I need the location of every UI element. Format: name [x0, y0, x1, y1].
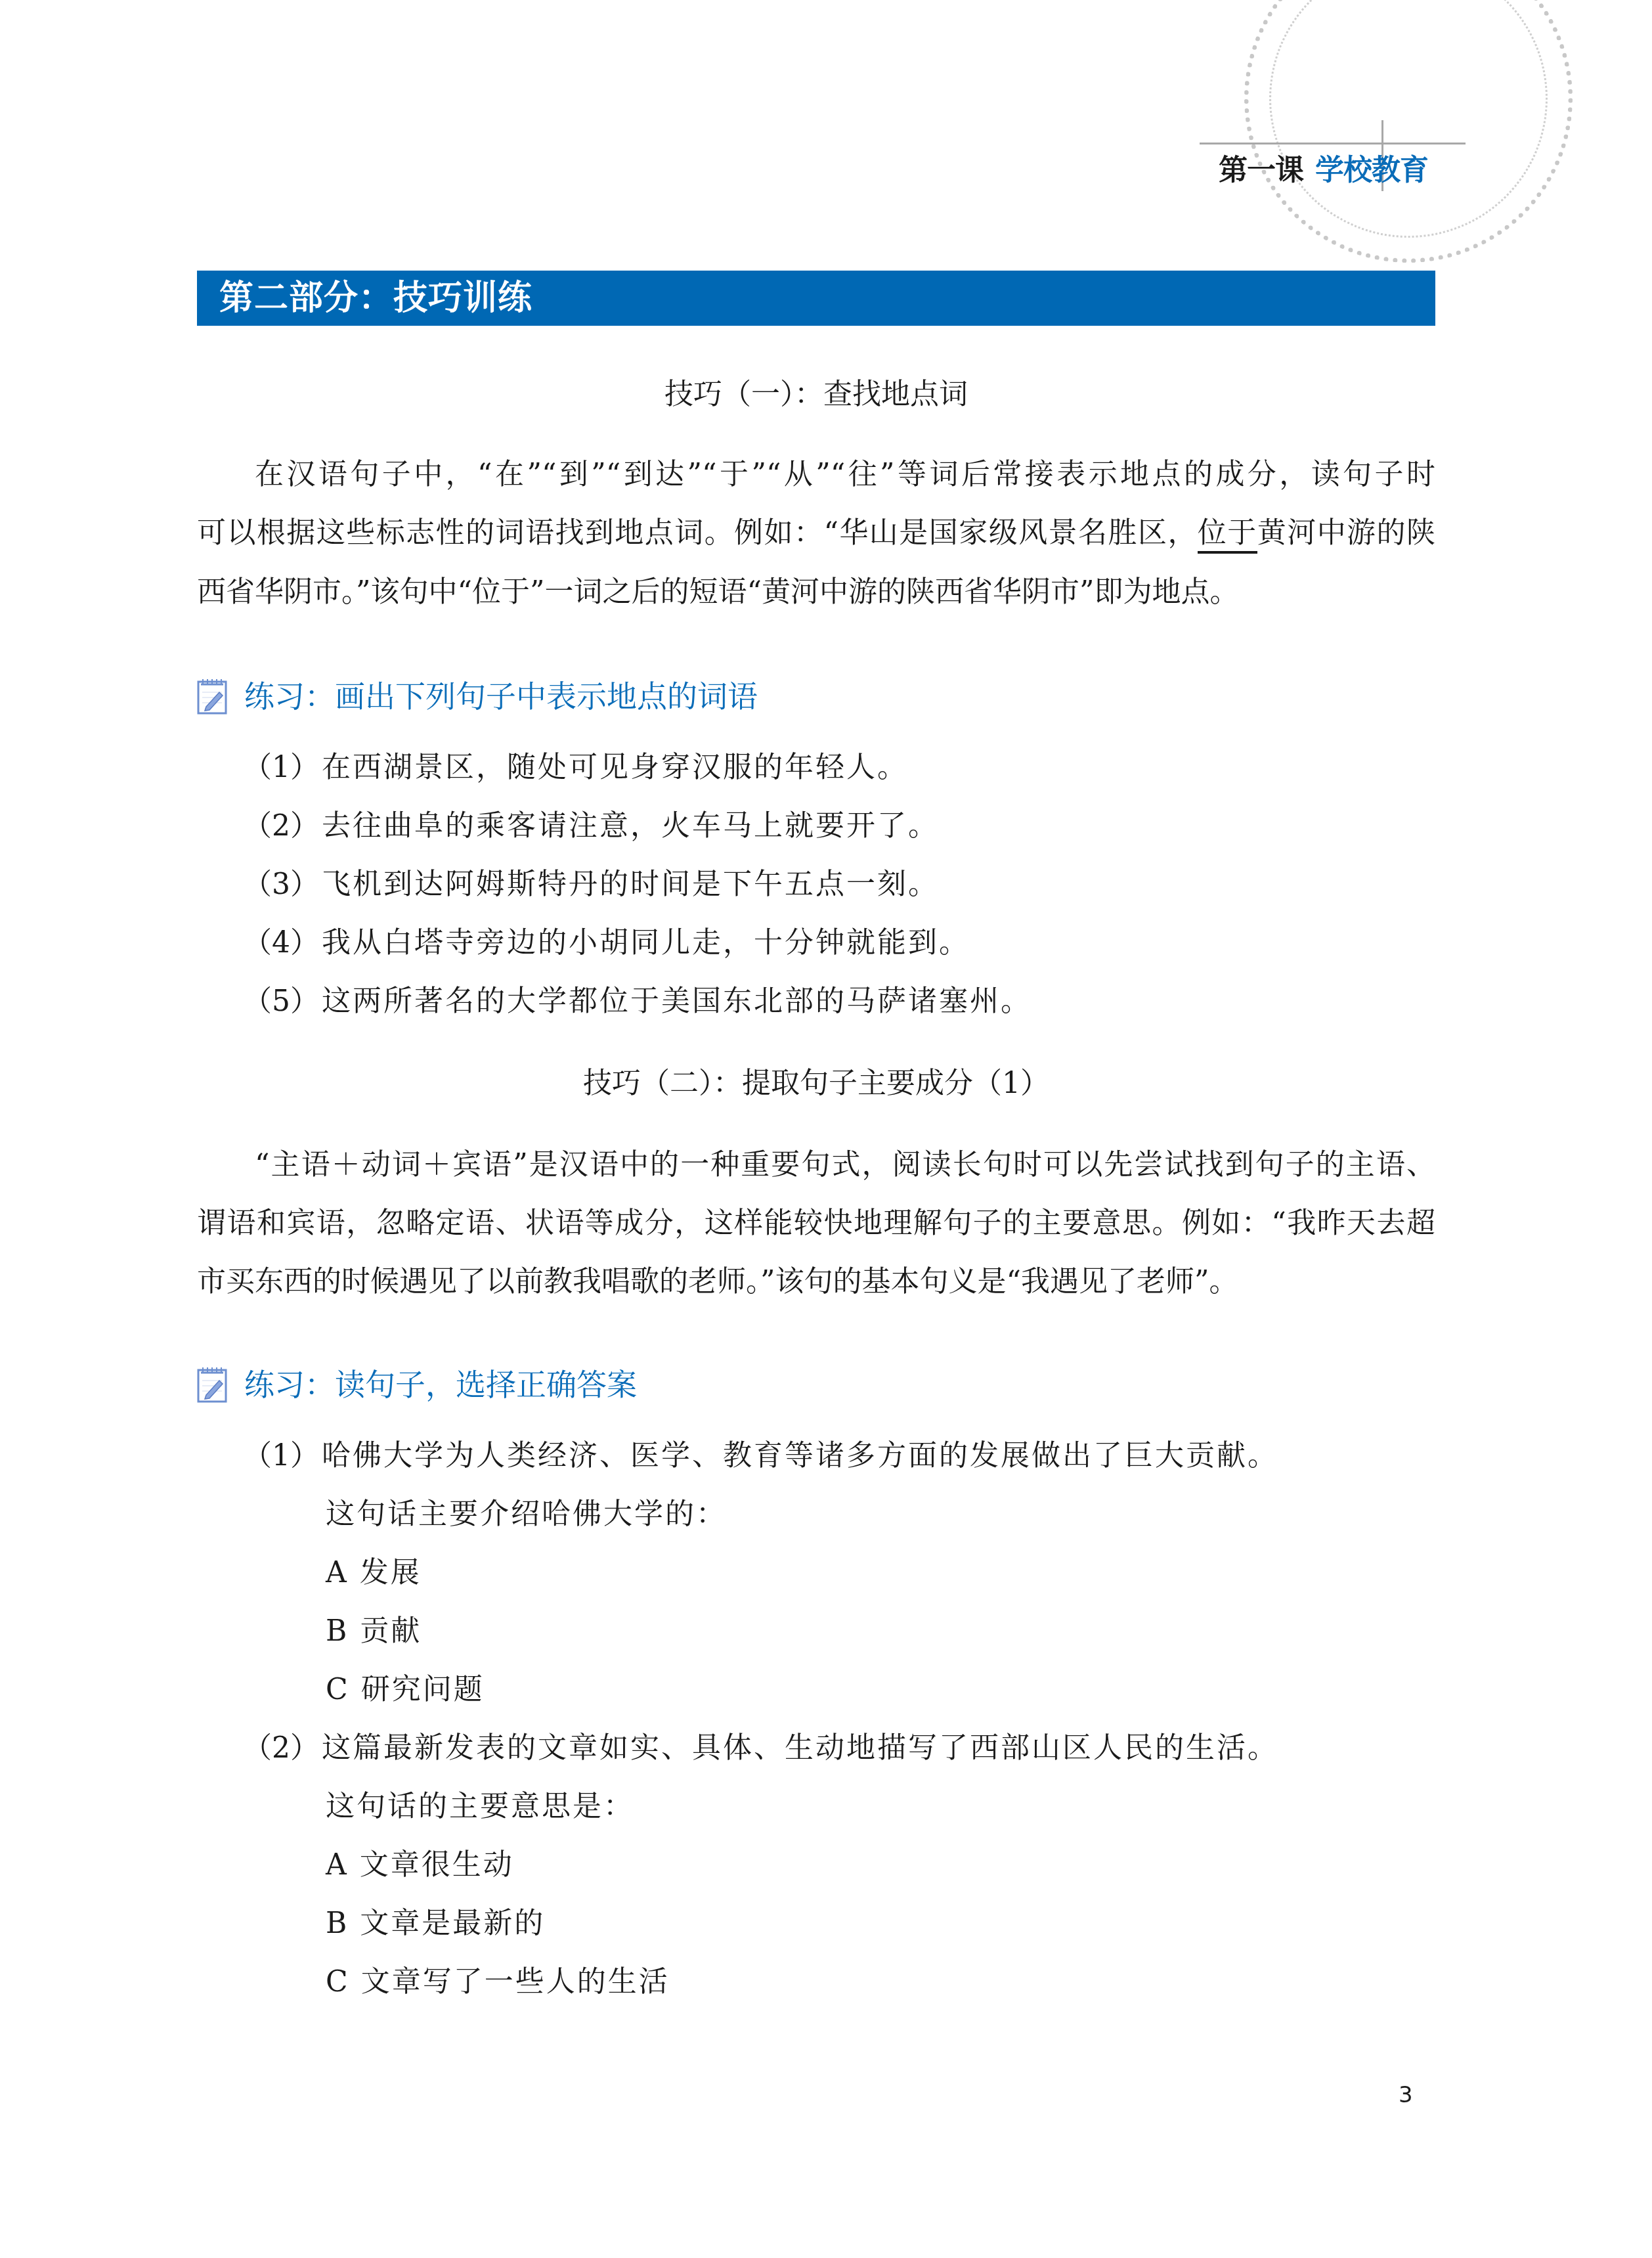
question-1-option-c[interactable]: C 研究问题 — [326, 1670, 485, 1710]
skill1-paragraph-line2: 可以根据这些标志性的词语找到地点词。例如：“华山是国家级风景名胜区，位于黄河中游… — [197, 514, 1435, 553]
exercise-item: （3）飞机到达阿姆斯特丹的时间是下午五点一刻。 — [243, 865, 939, 904]
exercise-item: （5）这两所著名的大学都位于美国东北部的马萨诸塞州。 — [243, 982, 1032, 1021]
skill2-paragraph-line3: 市买东西的时候遇见了以前教我唱歌的老师。”该句的基本句义是“我遇见了老师”。 — [197, 1262, 1435, 1302]
lesson-title: 第一课学校教育 — [1219, 152, 1428, 189]
paragraph-text: 可以根据这些标志性的词语找到地点词。例如：“华山是国家级风景名胜区， — [197, 516, 1198, 550]
exercise-title: 练习：画出下列句子中表示地点的词语 — [244, 676, 758, 716]
question-1-option-b[interactable]: B 贡献 — [326, 1612, 422, 1651]
question-1-prompt: 这句话主要介绍哈佛大学的： — [326, 1495, 727, 1534]
notepad-pencil-icon — [197, 1366, 228, 1403]
header-horizontal-rule — [1200, 143, 1466, 144]
skill1-paragraph-line3: 西省华阴市。”该句中“位于”一词之后的短语“黄河中游的陕西省华阴市”即为地点。 — [197, 573, 1435, 612]
skill1-exercise-header: 练习：画出下列句子中表示地点的词语 — [197, 675, 758, 717]
page-number: 3 — [1399, 2082, 1413, 2108]
exercise-item: （1）在西湖景区，随处可见身穿汉服的年轻人。 — [243, 748, 908, 787]
question-2-prompt: 这句话的主要意思是： — [326, 1787, 634, 1826]
notepad-pencil-icon — [197, 678, 228, 715]
question-2-option-c[interactable]: C 文章写了一些人的生活 — [326, 1962, 670, 2002]
exercise-title: 练习：读句子，选择正确答案 — [244, 1365, 637, 1404]
skill1-heading: 技巧（一）：查找地点词 — [197, 375, 1435, 414]
exercise-item: （4）我从白塔寺旁边的小胡同儿走，十分钟就能到。 — [243, 923, 970, 963]
question-2: （2）这篇最新发表的文章如实、具体、生动地描写了西部山区人民的生活。 — [243, 1729, 1278, 1768]
skill1-paragraph-line1: 在汉语句子中，“在”“到”“到达”“于”“从”“往”等词后常接表示地点的成分，读… — [197, 455, 1435, 495]
exercise-item: （2）去往曲阜的乘客请注意，火车马上就要开了。 — [243, 807, 939, 846]
lesson-number: 第一课 — [1219, 154, 1303, 187]
question-2-option-a[interactable]: A 文章很生动 — [326, 1846, 514, 1885]
section-banner: 第二部分：技巧训练 — [197, 271, 1435, 326]
paragraph-text: 黄河中游的陕 — [1257, 516, 1435, 550]
underlined-example-word: 位于 — [1198, 516, 1257, 554]
question-1-option-a[interactable]: A 发展 — [326, 1553, 422, 1593]
skill2-paragraph-line1: “主语＋动词＋宾语”是汉语中的一种重要句式，阅读长句时可以先尝试找到句子的主语、 — [197, 1145, 1435, 1185]
skill2-paragraph-line2: 谓语和宾语，忽略定语、状语等成分，这样能较快地理解句子的主要意思。例如：“我昨天… — [197, 1204, 1435, 1243]
section-title: 第二部分：技巧训练 — [219, 271, 533, 326]
skill2-heading: 技巧（二）：提取句子主要成分（1） — [197, 1064, 1435, 1103]
skill2-exercise-header: 练习：读句子，选择正确答案 — [197, 1363, 637, 1406]
question-2-option-b[interactable]: B 文章是最新的 — [326, 1904, 545, 1943]
question-1: （1）哈佛大学为人类经济、医学、教育等诸多方面的发展做出了巨大贡献。 — [243, 1436, 1278, 1476]
lesson-name: 学校教育 — [1315, 154, 1428, 187]
